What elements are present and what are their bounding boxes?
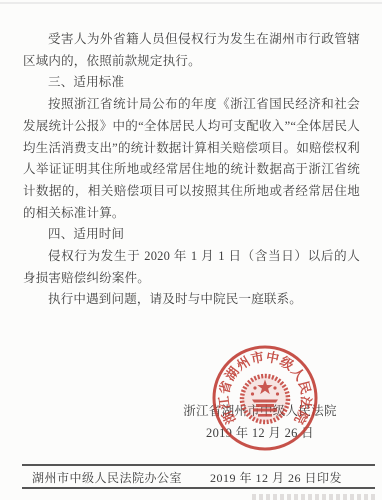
footer-issuer: 湖州市中级人民法院办公室 xyxy=(32,469,182,486)
tiananmen-base xyxy=(253,409,277,412)
document-page: 受害人为外省籍人员但侵权行为发生在湖州市行政管辖区域内的，依照前款规定执行。 三… xyxy=(0,0,382,500)
body-paragraph: 执行中遇到问题，请及时与中院民一庭联系。 xyxy=(23,289,360,311)
national-emblem-icon xyxy=(242,376,288,422)
section-heading-time: 四、适用时间 xyxy=(23,224,360,246)
body-paragraph: 受害人为外省籍人员但侵权行为发生在湖州市行政管辖区域内的，依照前款规定执行。 xyxy=(23,29,360,72)
footer-rule-top xyxy=(22,464,375,466)
footer-print-date: 2019 年 12 月 26 日印发 xyxy=(210,469,342,486)
seal-text-char: 江 xyxy=(216,394,233,411)
cutoff-watermark xyxy=(252,494,376,500)
body-paragraph: 按照浙江省统计局公布的年度《浙江省国民经济和社会发展统计公报》中的“全体居民人均… xyxy=(23,94,360,224)
emblem-banner xyxy=(258,414,272,417)
footer: 湖州市中级人民法院办公室 2019 年 12 月 26 日印发 xyxy=(32,469,342,486)
scan-edge-band xyxy=(0,2,382,4)
tiananmen-body xyxy=(256,404,274,407)
court-seal-stamp: 浙江省湖州市中级人民法院 xyxy=(209,342,321,454)
tiananmen-roof xyxy=(252,400,278,403)
section-heading-standard: 三、适用标准 xyxy=(23,72,360,94)
seal-text-char: 民 xyxy=(296,379,314,395)
seal-text-char: 市 xyxy=(250,349,266,366)
footer-rule-bottom xyxy=(22,487,375,489)
document-body: 受害人为外省籍人员但侵权行为发生在湖州市行政管辖区域内的，依照前款规定执行。 三… xyxy=(23,29,360,311)
body-paragraph: 侵权行为发生于 2020 年 1 月 1 日（含当日）以后的人身损害赔偿纠纷案件… xyxy=(23,246,360,289)
